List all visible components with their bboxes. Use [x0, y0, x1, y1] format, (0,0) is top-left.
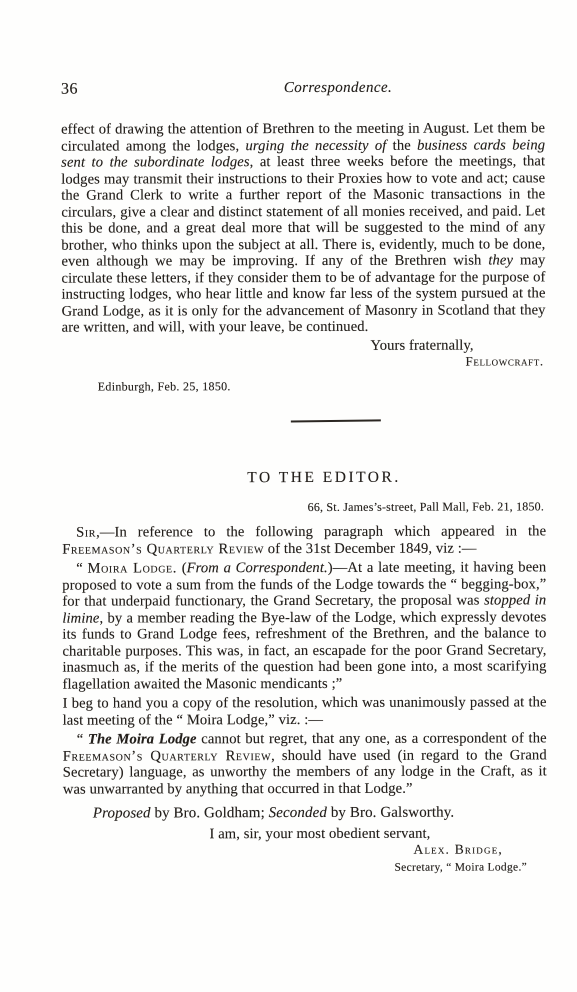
- letter2-address-dateline: 66, St. James’s-street, Pall Mall, Feb. …: [62, 498, 546, 516]
- letter2-quoted-paragraph: “ Moira Lodge. (From a Correspondent.)—A…: [62, 559, 546, 692]
- letter2-closing: I am, sir, your most obedient servant,: [63, 825, 547, 843]
- text-column: 36 Correspondence. effect of drawing the…: [61, 79, 547, 876]
- letter-moira-lodge: TO THE EDITOR. 66, St. James’s-street, P…: [62, 469, 547, 876]
- letter-fellowcraft: effect of drawing the attention of Breth…: [61, 120, 546, 394]
- to-the-editor-heading: TO THE EDITOR.: [62, 469, 546, 487]
- letter2-signature-name: Alex. Bridge,: [63, 841, 547, 859]
- letter1-dateline: Edinburgh, Feb. 25, 1850.: [62, 377, 546, 395]
- letter1-body-paragraph: effect of drawing the attention of Breth…: [61, 120, 546, 336]
- letter1-valediction: Yours fraternally,: [62, 337, 546, 355]
- scanned-book-page: 36 Correspondence. effect of drawing the…: [0, 0, 577, 992]
- letter2-intro-paragraph: Sir,—In reference to the following parag…: [62, 523, 546, 557]
- running-title: Correspondence.: [61, 79, 545, 97]
- letter2-resolution-text: “ The Moira Lodge cannot but regret, tha…: [63, 730, 547, 797]
- letter2-signature-role: Secretary, “ Moira Lodge.”: [63, 859, 547, 877]
- letter1-signature: Fellowcraft.: [62, 353, 546, 371]
- letter2-proposed-seconded: Proposed by Bro. Goldham; Seconded by Br…: [63, 804, 547, 822]
- running-head: 36 Correspondence.: [61, 79, 545, 100]
- section-divider-rule: [291, 419, 381, 422]
- letter2-resolution-intro: I beg to hand you a copy of the resoluti…: [63, 694, 547, 728]
